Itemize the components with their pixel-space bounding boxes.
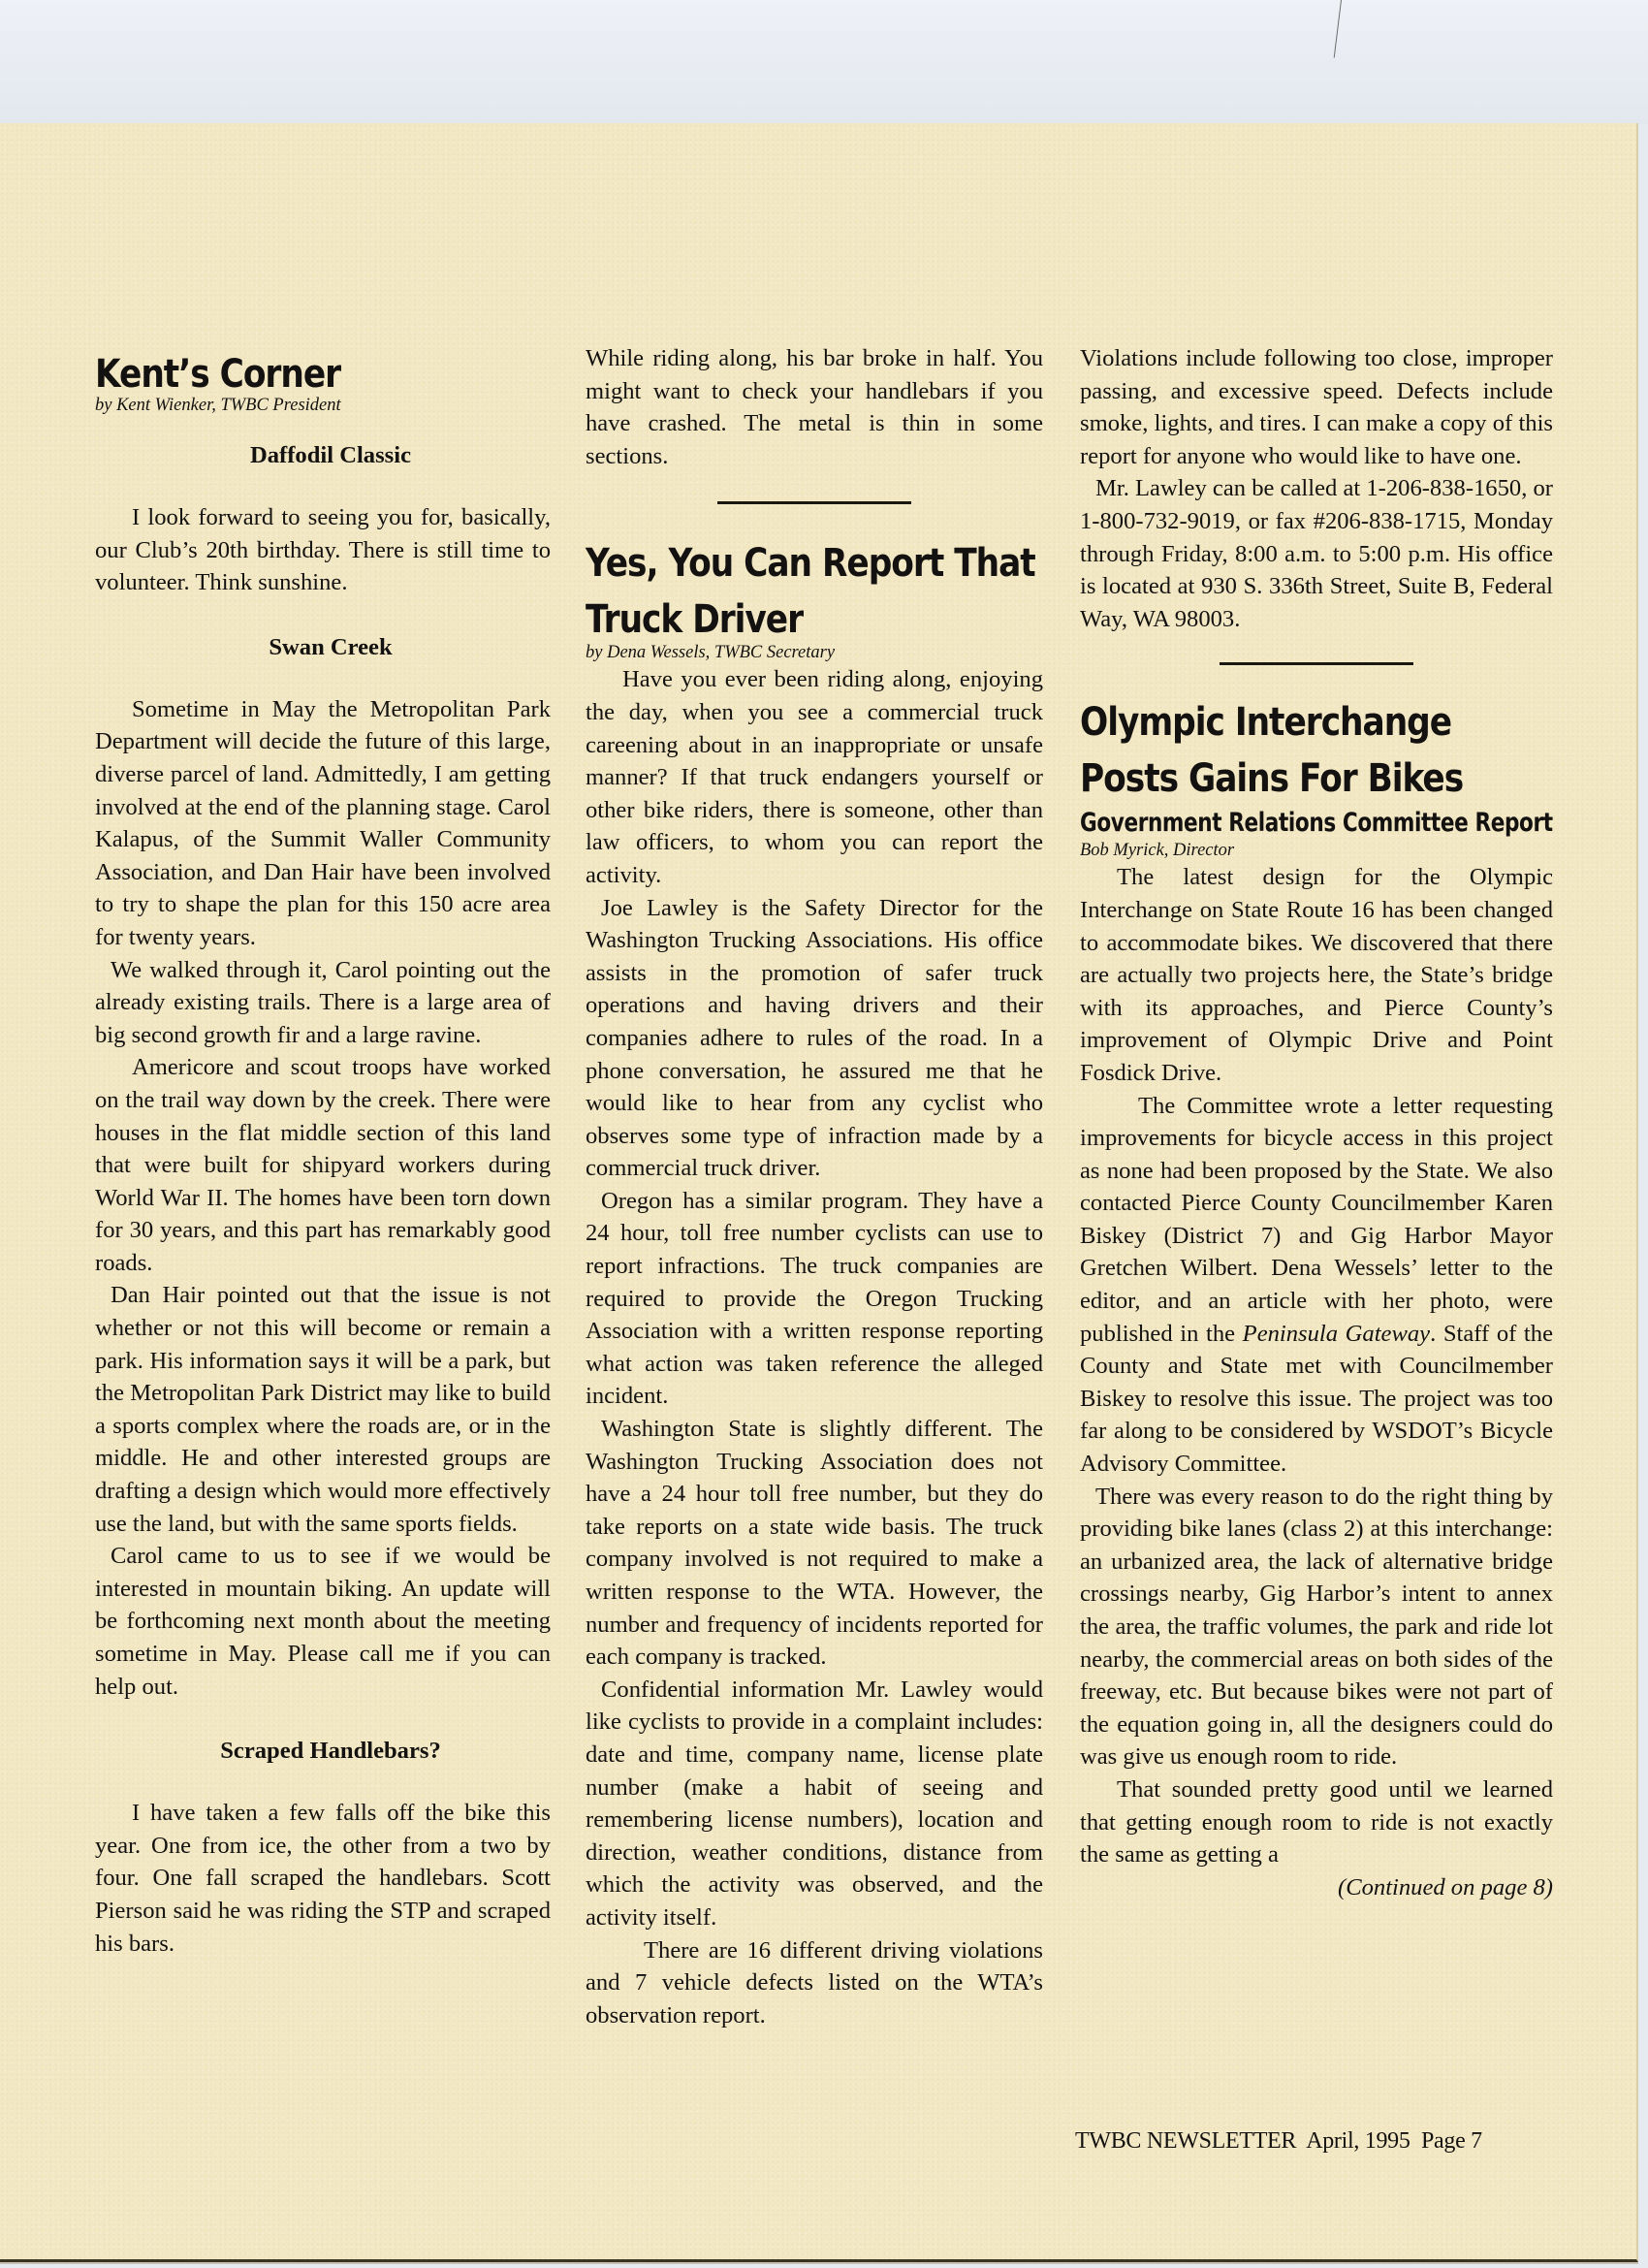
paragraph: Have you ever been riding along, enjoyin…	[586, 663, 1043, 891]
paragraph: Oregon has a similar program. They have …	[586, 1185, 1043, 1413]
column-left: Kent’s Corner by Kent Wienker, TWBC Pres…	[95, 346, 551, 1960]
paragraph-text: The Committee wrote a letter requesting …	[1080, 1093, 1553, 1347]
paragraph: Mr. Lawley can be called at 1-206-838-16…	[1080, 472, 1553, 635]
paragraph: Americore and scout troops have worked o…	[95, 1051, 551, 1279]
paragraph: There was every reason to do the right t…	[1080, 1481, 1553, 1773]
truck-article-title-line1: Yes, You Can Report That	[586, 535, 979, 591]
paragraph: Joe Lawley is the Safety Director for th…	[586, 892, 1043, 1185]
paragraph: There are 16 different driving violation…	[586, 1934, 1043, 2032]
truck-article-title-line2: Truck Driver	[586, 591, 979, 648]
paragraph-continued: While riding along, his bar broke in hal…	[586, 342, 1043, 472]
paragraph: I look forward to seeing you for, basica…	[95, 501, 551, 599]
section-heading-swan-creek: Swan Creek	[95, 631, 551, 664]
section-heading-daffodil: Daffodil Classic	[95, 439, 551, 472]
olympic-article-section: Government Relations Committee Report	[1080, 807, 1458, 840]
newsletter-page: Kent’s Corner by Kent Wienker, TWBC Pres…	[0, 123, 1638, 2262]
kents-corner-title: Kent’s Corner	[95, 346, 487, 402]
column-middle: While riding along, his bar broke in hal…	[586, 342, 1043, 2031]
paragraph: The Committee wrote a letter requesting …	[1080, 1090, 1553, 1481]
section-heading-scraped-handlebars: Scraped Handlebars?	[95, 1735, 551, 1768]
paragraph: We walked through it, Carol pointing out…	[95, 954, 551, 1052]
paragraph: That sounded pretty good until we learne…	[1080, 1773, 1553, 1871]
scanner-background	[0, 0, 1648, 124]
paragraph: Dan Hair pointed out that the issue is n…	[95, 1279, 551, 1540]
paragraph: Confidential information Mr. Lawley woul…	[586, 1674, 1043, 1934]
paragraph: I have taken a few falls off the bike th…	[95, 1797, 551, 1960]
olympic-article-byline: Bob Myrick, Director	[1080, 840, 1553, 861]
olympic-article-title-line1: Olympic Interchange	[1080, 694, 1487, 751]
paragraph: The latest design for the Olympic Interc…	[1080, 861, 1553, 1089]
page-footer: TWBC NEWSLETTER April, 1995 Page 7	[1075, 2128, 1482, 2155]
publication-name: Peninsula Gateway	[1243, 1321, 1430, 1347]
paragraph: Sometime in May the Metropolitan Park De…	[95, 693, 551, 954]
column-right: Violations include following too close, …	[1080, 342, 1553, 1903]
paragraph: Washington State is slightly different. …	[586, 1413, 1043, 1674]
olympic-article-title-line2: Posts Gains For Bikes	[1080, 751, 1487, 807]
paragraph-continued: Violations include following too close, …	[1080, 342, 1553, 472]
continued-on-page-link: (Continued on page 8)	[1080, 1871, 1553, 1904]
paragraph: Carol came to us to see if we would be i…	[95, 1540, 551, 1703]
